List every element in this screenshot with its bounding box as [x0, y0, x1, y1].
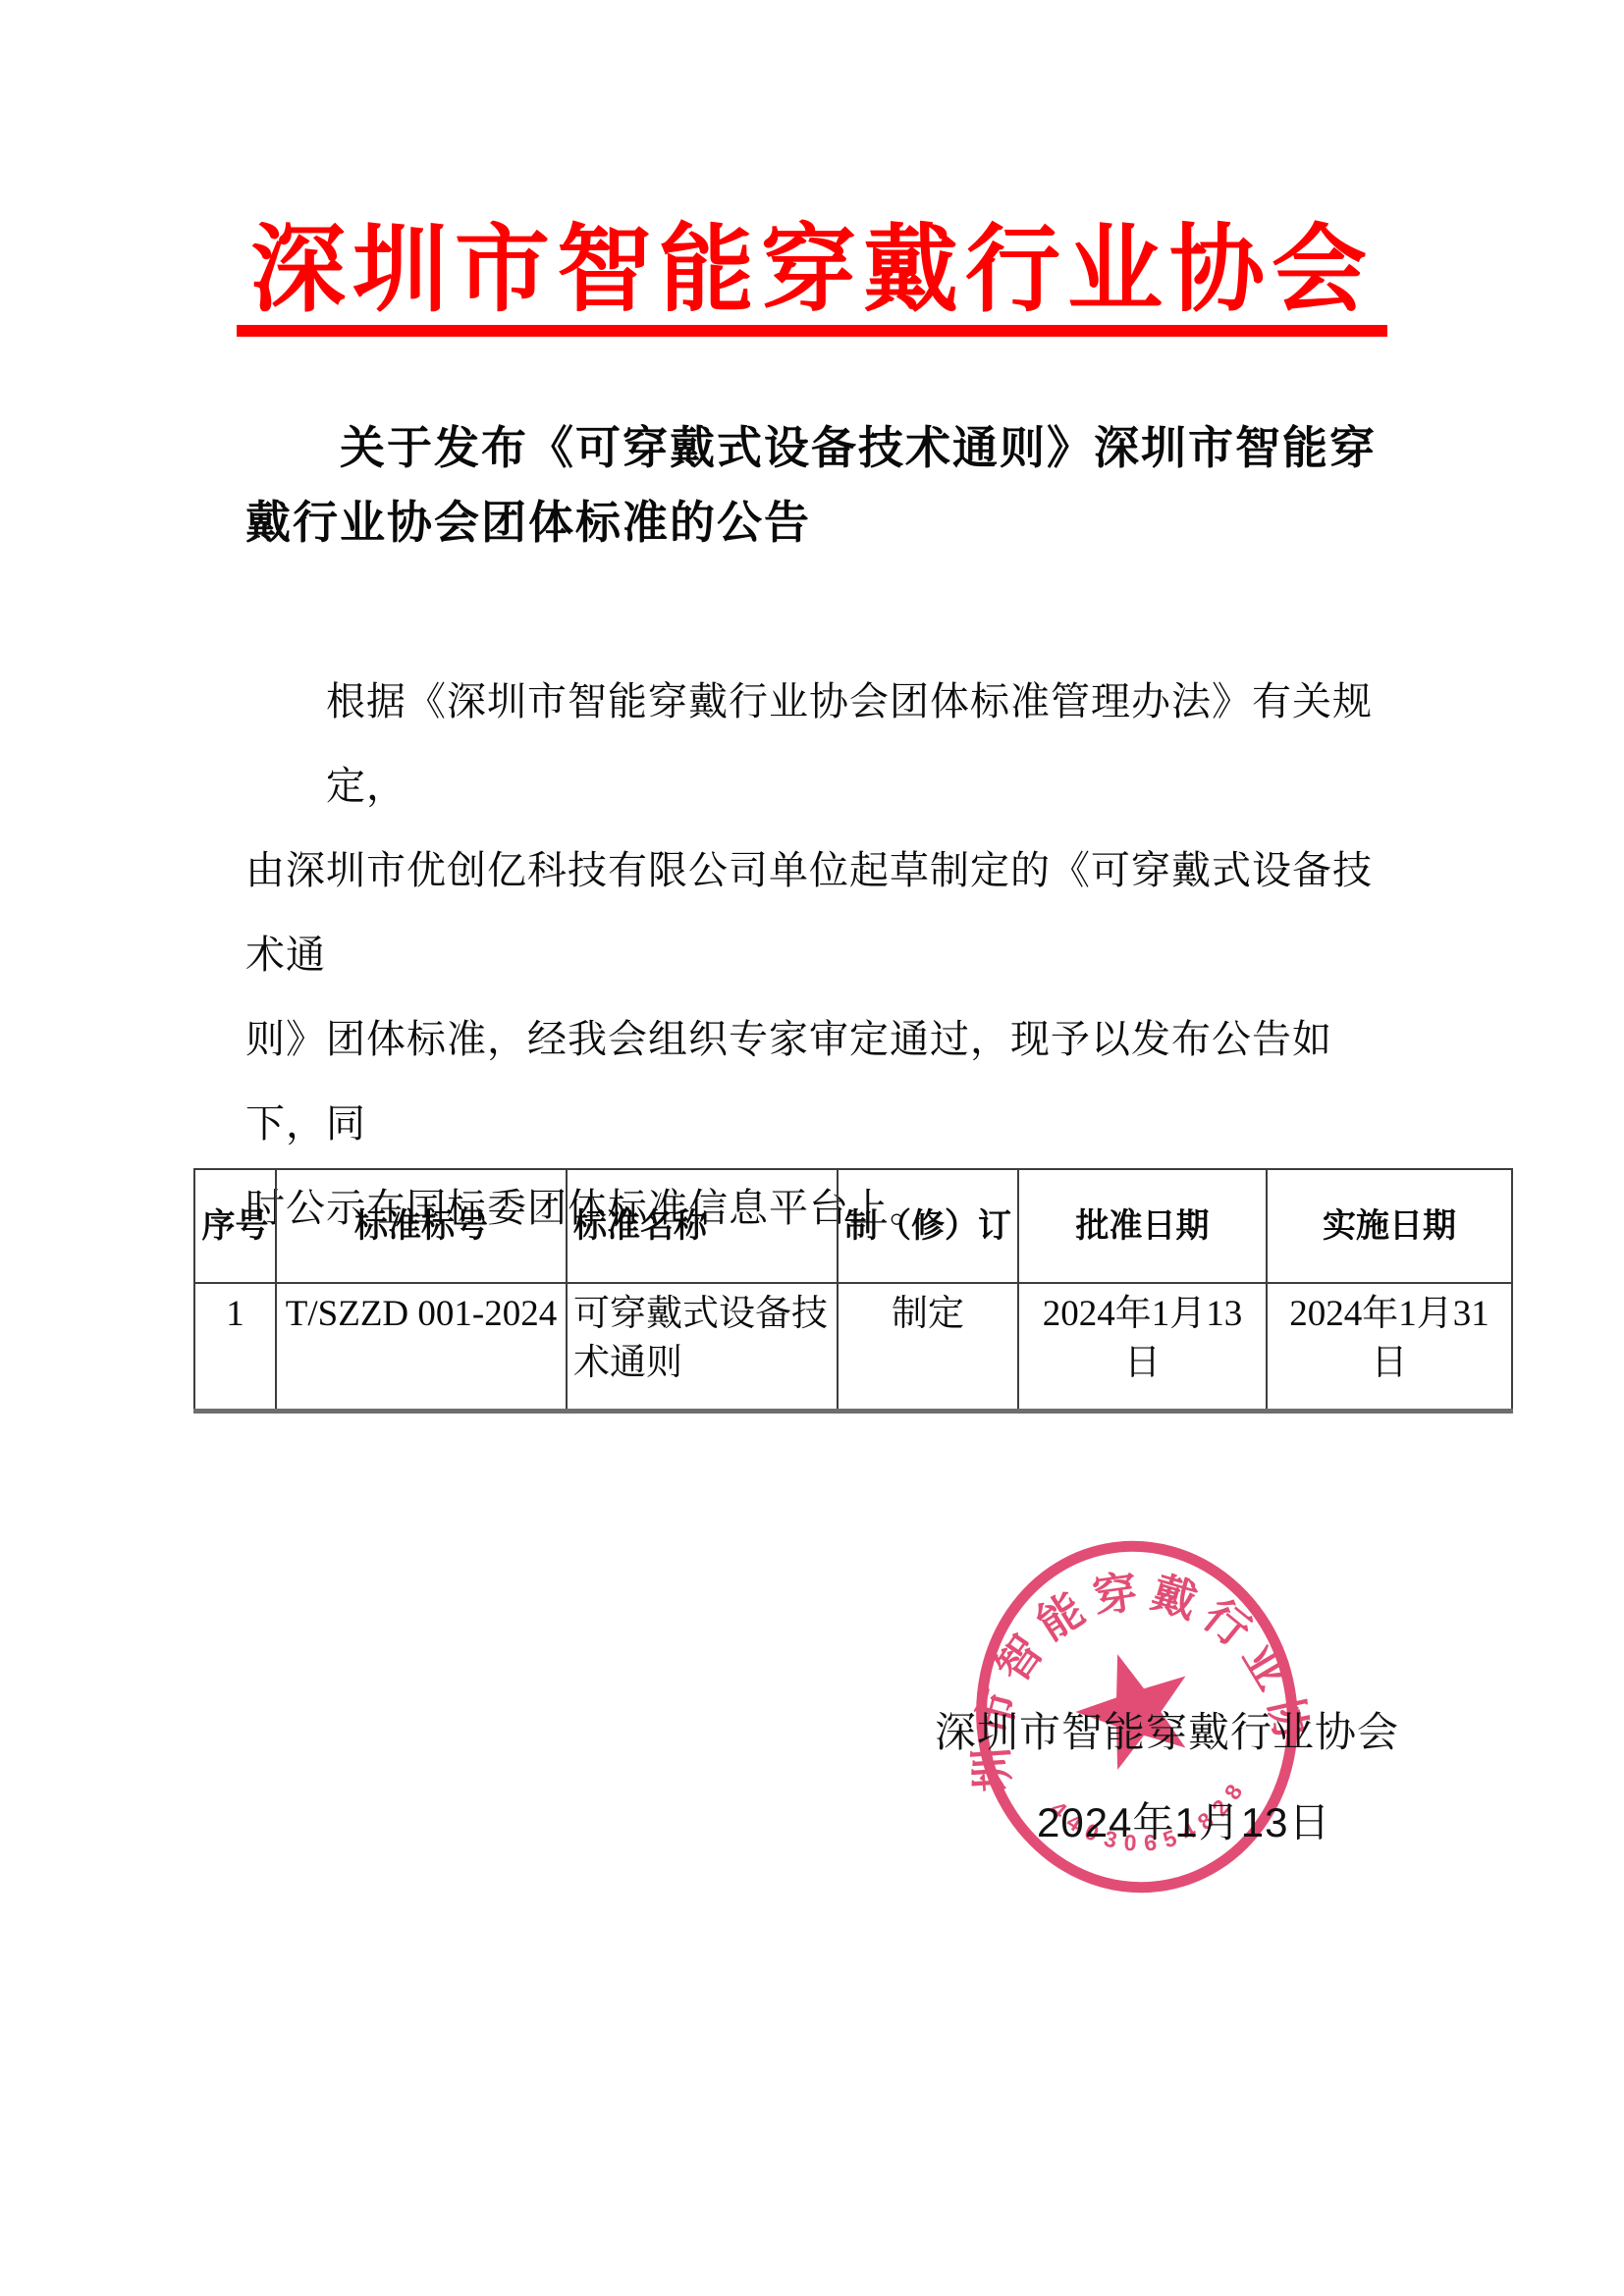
cell-approve-date: 2024年1月13日: [1018, 1283, 1267, 1412]
page-title: 深圳市智能穿戴行业协会: [237, 221, 1387, 337]
body-line-2: 由深圳市优创亿科技有限公司单位起草制定的《可穿戴式设备技术通: [245, 828, 1394, 997]
standards-table: 序号 标准标号 标准名称 制（修）订 批准日期 实施日期 1 T/SZZD 00…: [193, 1168, 1513, 1414]
signature-organization: 深圳市智能穿戴行业协会: [935, 1700, 1399, 1759]
body-paragraph: 根据《深圳市智能穿戴行业协会团体标准管理办法》有关规定， 由深圳市优创亿科技有限…: [245, 660, 1394, 1251]
header-approve-date: 批准日期: [1018, 1169, 1267, 1283]
cell-serial: 1: [194, 1283, 276, 1412]
header-serial: 序号: [194, 1169, 276, 1283]
heading-line-1: 关于发布《可穿戴式设备技术通则》深圳市智能穿: [245, 410, 1399, 485]
cell-std-number: T/SZZD 001-2024: [276, 1283, 567, 1412]
body-line-3: 则》团体标准，经我会组织专家审定通过，现予以发布公告如下，同: [245, 997, 1394, 1166]
signature-date: 2024年1月13日: [1037, 1790, 1331, 1849]
header-revision: 制（修）订: [838, 1169, 1018, 1283]
announcement-heading: 关于发布《可穿戴式设备技术通则》深圳市智能穿 戴行业协会团体标准的公告: [245, 410, 1399, 560]
svg-text:深圳市智能穿戴行业协会: 深圳市智能穿戴行业协会: [964, 1527, 1310, 1800]
document-page: 深圳市智能穿戴行业协会 关于发布《可穿戴式设备技术通则》深圳市智能穿 戴行业协会…: [0, 0, 1624, 2296]
cell-revision: 制定: [838, 1283, 1018, 1412]
header-std-name: 标准名称: [567, 1169, 838, 1283]
table-row: 1 T/SZZD 001-2024 可穿戴式设备技术通则 制定 2024年1月1…: [194, 1283, 1512, 1412]
body-line-1: 根据《深圳市智能穿戴行业协会团体标准管理办法》有关规定，: [245, 660, 1394, 828]
table-header-row: 序号 标准标号 标准名称 制（修）订 批准日期 实施日期: [194, 1169, 1512, 1283]
header-std-number: 标准标号: [276, 1169, 567, 1283]
header-impl-date: 实施日期: [1267, 1169, 1512, 1283]
cell-impl-date: 2024年1月31日: [1267, 1283, 1512, 1412]
heading-line-2: 戴行业协会团体标准的公告: [245, 485, 1399, 560]
cell-std-name: 可穿戴式设备技术通则: [567, 1283, 838, 1412]
title-row: 深圳市智能穿戴行业协会: [0, 221, 1624, 337]
seal-arc-text: 深圳市智能穿戴行业协会: [964, 1527, 1310, 1800]
